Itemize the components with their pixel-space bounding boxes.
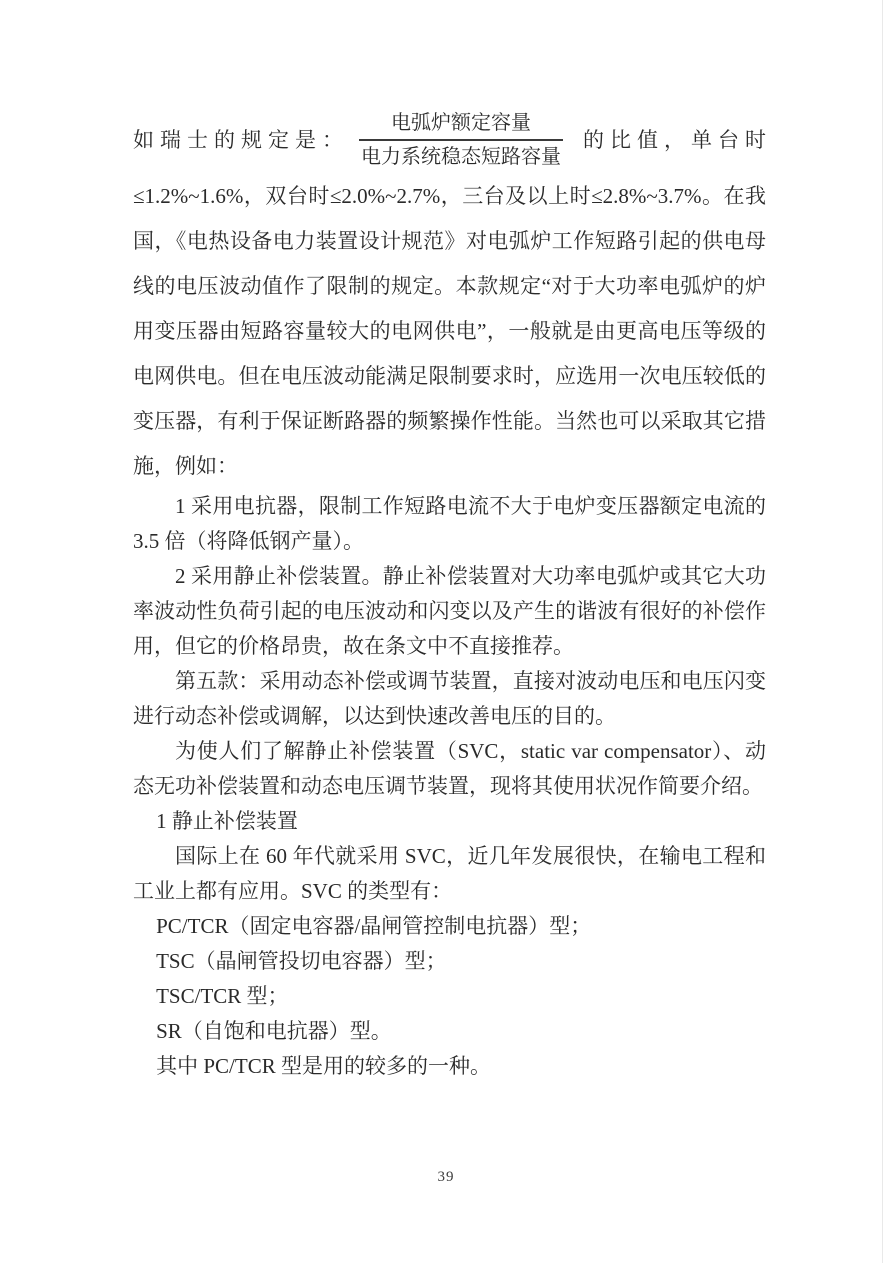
- fraction-denominator: 电力系统稳态短路容量: [359, 141, 563, 170]
- paragraph-measure-static-compensator: 2 采用静止补偿装置。静止补偿装置对大功率电弧炉或其它大功率波动性负荷引起的电压…: [133, 559, 766, 664]
- heading-static-compensation-device: 1 静止补偿装置: [133, 804, 766, 839]
- list-item-sr-type: SR（自饱和电抗器）型。: [133, 1014, 766, 1049]
- fraction-numerator: 电弧炉额定容量: [359, 110, 563, 141]
- paragraph-intro: 如瑞士的规定是：电弧炉额定容量电力系统稳态短路容量的比值，单台时≤1.2%~1.…: [133, 110, 766, 489]
- list-item-pctcr-type: PC/TCR（固定电容器/晶闸管控制电抗器）型；: [133, 909, 766, 944]
- paragraph-svc-international: 国际上在 60 年代就采用 SVC，近几年发展很快，在输电工程和工业上都有应用。…: [133, 839, 766, 909]
- document-body: 如瑞士的规定是：电弧炉额定容量电力系统稳态短路容量的比值，单台时≤1.2%~1.…: [133, 110, 766, 1084]
- intro-text-after-fraction: 的比值，单台时≤1.2%~1.6%，双台时≤2.0%~2.7%，三台及以上时≤2…: [133, 128, 766, 478]
- page-number: 39: [438, 1169, 455, 1185]
- intro-text-before-fraction: 如瑞士的规定是：: [133, 128, 349, 152]
- paragraph-clause-five: 第五款：采用动态补偿或调节装置，直接对波动电压和电压闪变进行动态补偿或调解，以达…: [133, 664, 766, 734]
- scan-edge-artifact: [882, 0, 883, 1263]
- paragraph-pctcr-conclusion: 其中 PC/TCR 型是用的较多的一种。: [133, 1049, 766, 1084]
- list-item-tsctcr-type: TSC/TCR 型；: [133, 979, 766, 1014]
- paragraph-measure-reactor: 1 采用电抗器，限制工作短路电流不大于电炉变压器额定电流的 3.5 倍（将降低钢…: [133, 489, 766, 559]
- paragraph-svc-overview: 为使人们了解静止补偿装置（SVC，static var compensator）…: [133, 734, 766, 804]
- page-footer: 39: [0, 1168, 892, 1186]
- list-item-tsc-type: TSC（晶闸管投切电容器）型；: [133, 944, 766, 979]
- document-page: 如瑞士的规定是：电弧炉额定容量电力系统稳态短路容量的比值，单台时≤1.2%~1.…: [0, 0, 892, 1263]
- capacity-ratio-fraction: 电弧炉额定容量电力系统稳态短路容量: [359, 110, 563, 170]
